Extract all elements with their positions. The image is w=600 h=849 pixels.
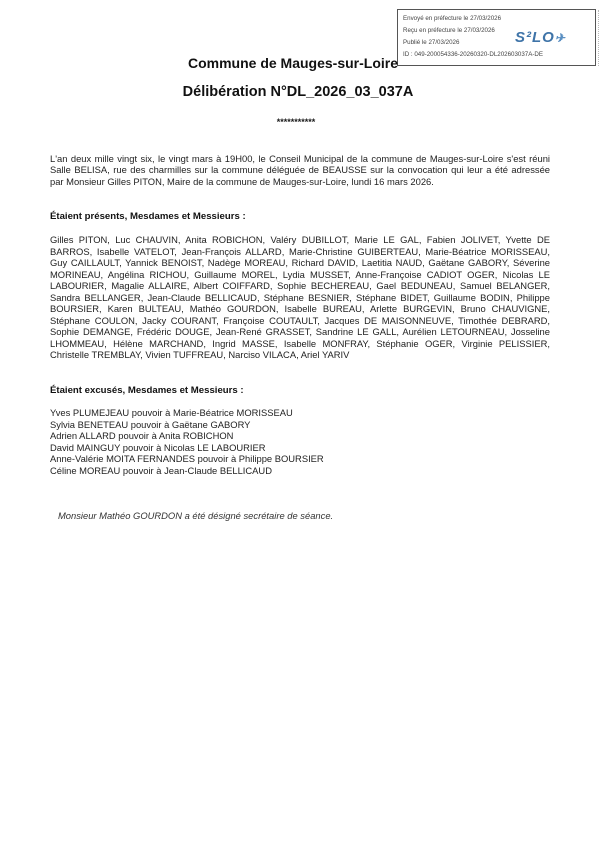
intro-paragraph: L'an deux mille vingt six, le vingt mars… (50, 153, 550, 187)
excused-item: Adrien ALLARD pouvoir à Anita ROBICHON (50, 430, 324, 442)
stamp-sent: Envoyé en préfecture le 27/03/2026 (403, 13, 595, 25)
stamp-published: Publié le 27/03/2026 (403, 37, 595, 49)
deliberation-number: Délibération N°DL_2026_03_037A (0, 84, 598, 100)
plane-icon: ✈ (555, 31, 566, 45)
excused-item: Yves PLUMEJEAU pouvoir à Marie-Béatrice … (50, 407, 324, 419)
excused-item: Sylvia BENETEAU pouvoir à Gaëtane GABORY (50, 419, 324, 431)
excused-item: Céline MOREAU pouvoir à Jean-Claude BELL… (50, 465, 324, 477)
slo-logo: S²LO✈ (515, 32, 566, 44)
commune-title: Commune de Mauges-sur-Loire (0, 55, 593, 71)
excused-list: Yves PLUMEJEAU pouvoir à Marie-Béatrice … (50, 407, 324, 476)
present-names: Gilles PITON, Luc CHAUVIN, Anita ROBICHO… (50, 234, 550, 361)
excused-item: Anne-Valérie MOITA FERNANDES pouvoir à P… (50, 453, 324, 465)
stamp-received: Reçu en préfecture le 27/03/2026 (403, 25, 595, 37)
slo-logo-text: S²LO (515, 29, 555, 46)
excused-item: David MAINGUY pouvoir à Nicolas LE LABOU… (50, 442, 324, 454)
secretary-note: Monsieur Mathéo GOURDON a été désigné se… (58, 510, 333, 521)
present-heading: Étaient présents, Mesdames et Messieurs … (50, 211, 246, 222)
excused-heading: Étaient excusés, Mesdames et Messieurs : (50, 385, 244, 396)
separator: *********** (0, 117, 596, 127)
